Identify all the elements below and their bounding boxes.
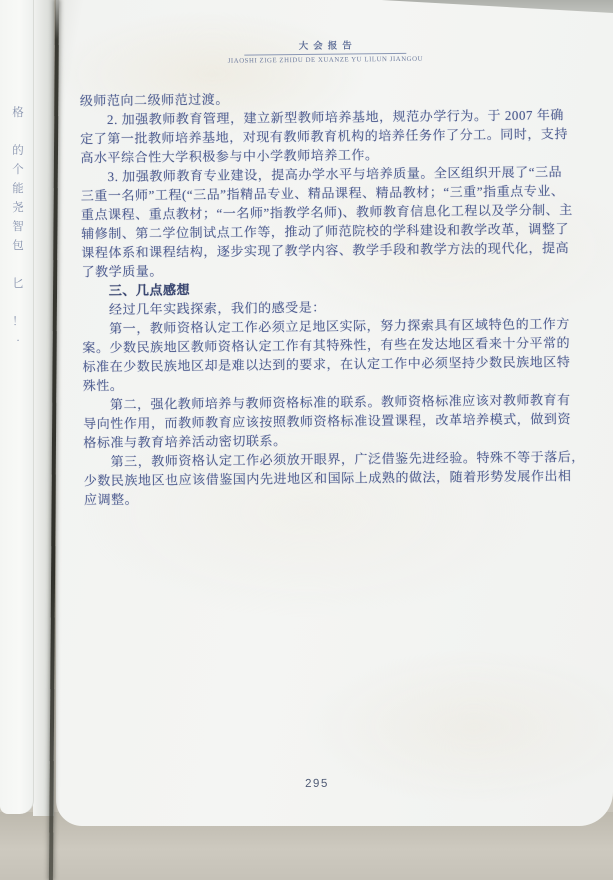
page-number: 295 <box>87 775 547 792</box>
previous-page-partial-text: 格 的 个 能 尧 智 包 匕 ！ · <box>9 104 27 351</box>
page: 大会报告 JIAOSHI ZIGE ZHIDU DE XUANZE YU LIL… <box>56 0 613 826</box>
running-subtitle: JIAOSHI ZIGE ZHIDU DE XUANZE YU LILUN JI… <box>79 54 571 66</box>
body-text: 级师范向二级师范过渡。2. 加强教师教育管理，建立新型教师培养基地，规范办学行为… <box>80 86 576 509</box>
page-content: 大会报告 JIAOSHI ZIGE ZHIDU DE XUANZE YU LIL… <box>79 0 576 509</box>
scanned-book-page: 格 的 个 能 尧 智 包 匕 ！ · 大会报告 JIAOSHI ZIGE ZH… <box>0 0 613 880</box>
running-title: 大会报告 <box>79 35 571 54</box>
running-header: 大会报告 JIAOSHI ZIGE ZHIDU DE XUANZE YU LIL… <box>79 35 571 66</box>
previous-page-edge: 格 的 个 能 尧 智 包 匕 ！ · <box>0 0 34 814</box>
